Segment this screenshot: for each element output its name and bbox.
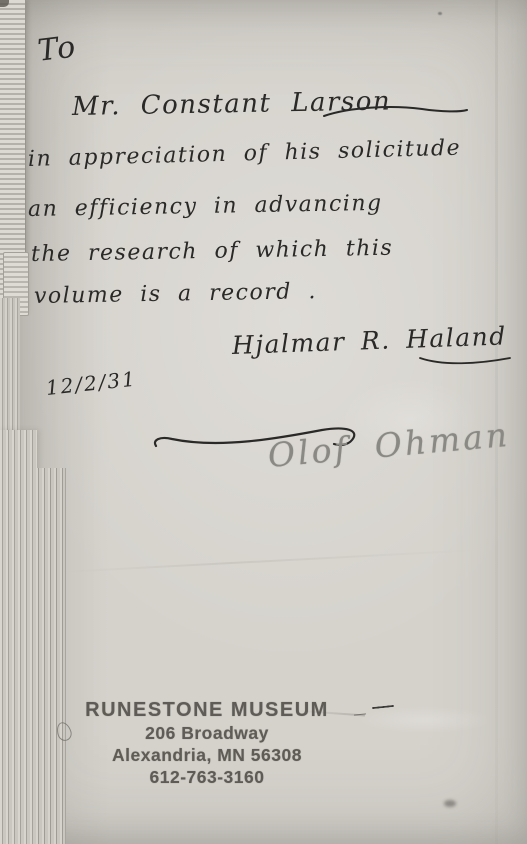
paper-speck <box>438 12 442 15</box>
museum-stamp: RUNESTONE MUSEUM 206 Broadway Alexandria… <box>84 698 330 788</box>
author-signature: Hjalmar R. Haland <box>231 321 507 360</box>
inscription-line: an efficiency in advancing <box>28 191 383 222</box>
ink-smudge <box>444 800 456 807</box>
stamp-phone: 612-763-3160 <box>84 766 330 788</box>
book-flyleaf-page: To Mr. Constant Larson in appreciation o… <box>0 0 527 844</box>
inscription-line: in appreciation of his solicitude <box>28 136 462 172</box>
inscription-date: 12/2/31 <box>45 367 138 400</box>
inscription-recipient: Mr. Constant Larson <box>72 86 392 122</box>
page-edges-stack <box>0 430 37 844</box>
inscription-line: the research of which this <box>31 236 394 267</box>
inscription-salutation: To <box>36 29 79 68</box>
signature-tail-flourish <box>418 352 513 368</box>
paper-crease <box>60 549 480 573</box>
stamp-street: 206 Broadway <box>84 722 330 744</box>
page-edges-stack <box>36 468 66 844</box>
inscription-line: volume is a record . <box>34 279 317 309</box>
ink-dash <box>372 705 394 709</box>
stamp-city-state-zip: Alexandria, MN 56308 <box>84 744 330 766</box>
owner-signature-pencil: Olof Ohman <box>266 415 511 475</box>
stamp-museum-name: RUNESTONE MUSEUM <box>84 698 330 722</box>
